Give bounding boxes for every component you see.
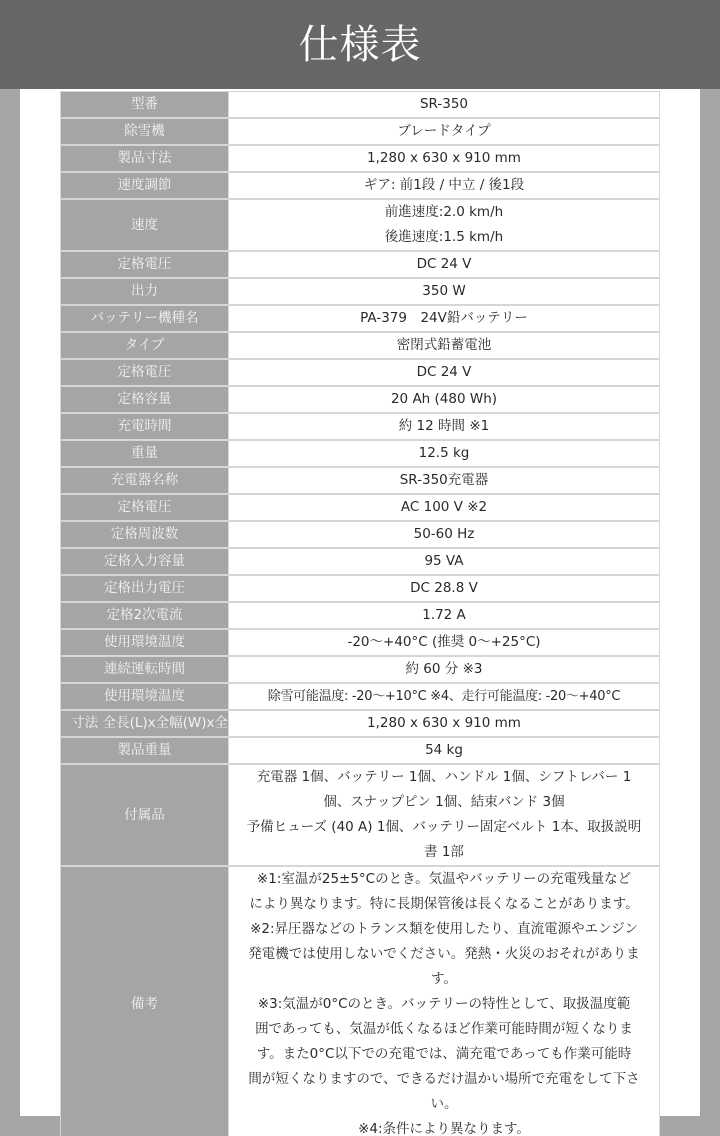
spec-label-text: 寸法 全長(L)x全幅(W)x全 (71, 715, 228, 731)
spec-value: -20～+40°C (推奨 0～+25°C) (229, 629, 660, 656)
spec-value: 前進速度:2.0 km/h 後進速度:1.5 km/h (229, 199, 660, 251)
note-line: ※2:昇圧器などのトランス類を使用したり、直流電源やエンジン (231, 917, 657, 942)
spec-row-input-capacity: 定格入力容量 95 VA (61, 548, 660, 575)
spec-row-product-weight: 製品重量 54 kg (61, 737, 660, 764)
spec-row-runtime: 連続運転時間 約 60 分 ※3 (61, 656, 660, 683)
spec-row-charger-name: 充電器名称 SR-350充電器 (61, 467, 660, 494)
spec-label: 定格入力容量 (61, 548, 229, 575)
spec-row-accessories: 付属品 充電器 1個、バッテリー 1個、ハンドル 1個、シフトレバー 1 個、ス… (61, 764, 660, 866)
spec-row-charger-voltage: 定格電圧 AC 100 V ※2 (61, 494, 660, 521)
spec-label: 定格周波数 (61, 521, 229, 548)
spec-row-battery-capacity: 定格容量 20 Ah (480 Wh) (61, 386, 660, 413)
note-line: ※4:条件により異なります。 (231, 1117, 657, 1136)
page-title: 仕様表 (299, 13, 422, 70)
spec-value: ブレードタイプ (229, 118, 660, 145)
note-line: 囲であっても、気温が低くなるほど作業可能時間が短くなりま (231, 1017, 657, 1042)
spec-row-type: 除雪機 ブレードタイプ (61, 118, 660, 145)
spec-row-battery-weight: 重量 12.5 kg (61, 440, 660, 467)
spec-label: 定格電圧 (61, 359, 229, 386)
spec-value: SR-350充電器 (229, 467, 660, 494)
spec-label: 充電時間 (61, 413, 229, 440)
spec-value-line: 個、スナップピン 1個、結束バンド 3個 (231, 790, 657, 815)
spec-value: 350 W (229, 278, 660, 305)
spec-row-battery-model: バッテリー機種名 PA-379 24V鉛バッテリー (61, 305, 660, 332)
spec-row-frequency: 定格周波数 50-60 Hz (61, 521, 660, 548)
spec-row-rated-voltage: 定格電圧 DC 24 V (61, 251, 660, 278)
note-line: 間が短くなりますので、できるだけ温かい場所で充電をして下さ (231, 1067, 657, 1092)
spec-value: PA-379 24V鉛バッテリー (229, 305, 660, 332)
note-line: ※3:気温が0°Cのとき。バッテリーの特性として、取扱温度範 (231, 992, 657, 1017)
spec-row-dimensions: 製品寸法 1,280 x 630 x 910 mm (61, 145, 660, 172)
page-header: 仕様表 (0, 0, 720, 89)
spec-label: 連続運転時間 (61, 656, 229, 683)
note-line: ※1:室温が25±5°Cのとき。気温やバッテリーの充電残量など (231, 867, 657, 892)
spec-label: 除雪機 (61, 118, 229, 145)
spec-label: 重量 (61, 440, 229, 467)
spec-label: 備考 (61, 866, 229, 1136)
spec-label: 定格2次電流 (61, 602, 229, 629)
spec-value: SR-350 (229, 92, 660, 119)
spec-row-charge-time: 充電時間 約 12 時間 ※1 (61, 413, 660, 440)
spec-label: 製品重量 (61, 737, 229, 764)
spec-label: 充電器名称 (61, 467, 229, 494)
spec-label: 寸法 全長(L)x全幅(W)x全 (61, 710, 229, 737)
spec-label: 型番 (61, 92, 229, 119)
spec-value: DC 24 V (229, 359, 660, 386)
spec-value: AC 100 V ※2 (229, 494, 660, 521)
spec-row-full-dimensions: 寸法 全長(L)x全幅(W)x全 1,280 x 630 x 910 mm (61, 710, 660, 737)
spec-row-charger-temp: 使用環境温度 -20～+40°C (推奨 0～+25°C) (61, 629, 660, 656)
spec-value: 20 Ah (480 Wh) (229, 386, 660, 413)
spec-row-speed: 速度 前進速度:2.0 km/h 後進速度:1.5 km/h (61, 199, 660, 251)
spec-value: 12.5 kg (229, 440, 660, 467)
spec-panel: 型番 SR-350 除雪機 ブレードタイプ 製品寸法 1,280 x 630 x… (20, 89, 700, 1116)
spec-value: 1.72 A (229, 602, 660, 629)
spec-value: DC 28.8 V (229, 575, 660, 602)
spec-value: 約 12 時間 ※1 (229, 413, 660, 440)
spec-row-model: 型番 SR-350 (61, 92, 660, 119)
spec-row-output-voltage: 定格出力電圧 DC 28.8 V (61, 575, 660, 602)
spec-row-battery-voltage: 定格電圧 DC 24 V (61, 359, 660, 386)
spec-row-speed-control: 速度調節 ギア: 前1段 / 中立 / 後1段 (61, 172, 660, 199)
spec-label: タイプ (61, 332, 229, 359)
spec-value: 54 kg (229, 737, 660, 764)
spec-label: 速度 (61, 199, 229, 251)
spec-value: 充電器 1個、バッテリー 1個、ハンドル 1個、シフトレバー 1 個、スナップピ… (229, 764, 660, 866)
spec-label: 使用環境温度 (61, 629, 229, 656)
spec-value: ギア: 前1段 / 中立 / 後1段 (229, 172, 660, 199)
note-line: い。 (231, 1092, 657, 1117)
spec-row-operating-temp: 使用環境温度 除雪可能温度: -20～+10°C ※4、走行可能温度: -20～… (61, 683, 660, 710)
note-line: により異なります。特に長期保管後は長くなることがあります。 (231, 892, 657, 917)
spec-label: バッテリー機種名 (61, 305, 229, 332)
spec-label: 定格電圧 (61, 251, 229, 278)
spec-value: 密閉式鉛蓄電池 (229, 332, 660, 359)
spec-label: 付属品 (61, 764, 229, 866)
note-line: す。 (231, 967, 657, 992)
spec-value: 95 VA (229, 548, 660, 575)
spec-value: 50-60 Hz (229, 521, 660, 548)
spec-row-output: 出力 350 W (61, 278, 660, 305)
spec-label: 定格出力電圧 (61, 575, 229, 602)
spec-value: 除雪可能温度: -20～+10°C ※4、走行可能温度: -20～+40°C (229, 683, 660, 710)
spec-value-line: 後進速度:1.5 km/h (231, 225, 657, 250)
spec-label: 製品寸法 (61, 145, 229, 172)
spec-label: 定格電圧 (61, 494, 229, 521)
spec-value: ※1:室温が25±5°Cのとき。気温やバッテリーの充電残量など により異なります… (229, 866, 660, 1136)
spec-value: DC 24 V (229, 251, 660, 278)
spec-value: 1,280 x 630 x 910 mm (229, 710, 660, 737)
spec-row-secondary-current: 定格2次電流 1.72 A (61, 602, 660, 629)
spec-label: 速度調節 (61, 172, 229, 199)
spec-value-line: 充電器 1個、バッテリー 1個、ハンドル 1個、シフトレバー 1 (231, 765, 657, 790)
spec-label: 出力 (61, 278, 229, 305)
spec-row-battery-type: タイプ 密閉式鉛蓄電池 (61, 332, 660, 359)
spec-row-notes: 備考 ※1:室温が25±5°Cのとき。気温やバッテリーの充電残量など により異な… (61, 866, 660, 1136)
spec-value: 1,280 x 630 x 910 mm (229, 145, 660, 172)
spec-value: 約 60 分 ※3 (229, 656, 660, 683)
spec-label: 使用環境温度 (61, 683, 229, 710)
spec-label: 定格容量 (61, 386, 229, 413)
spec-value-line: 前進速度:2.0 km/h (231, 200, 657, 225)
note-line: す。また0°C以下での充電では、満充電であっても作業可能時 (231, 1042, 657, 1067)
spec-table: 型番 SR-350 除雪機 ブレードタイプ 製品寸法 1,280 x 630 x… (60, 91, 660, 1136)
spec-value-line: 予備ヒューズ (40 A) 1個、バッテリー固定ベルト 1本、取扱説明 (231, 815, 657, 840)
note-line: 発電機では使用しないでください。発熱・火災のおそれがありま (231, 942, 657, 967)
spec-value-line: 書 1部 (231, 840, 657, 865)
